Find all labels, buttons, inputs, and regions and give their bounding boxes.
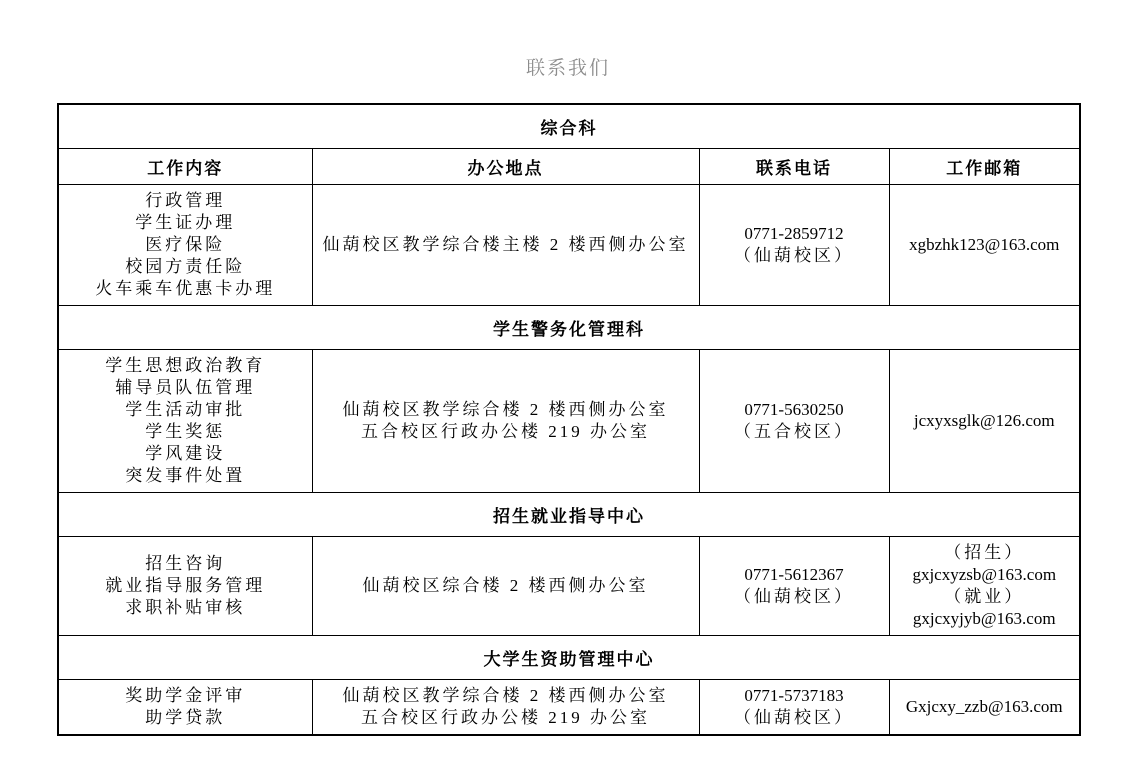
- cell-line: jcxyxsglk@126.com: [896, 410, 1074, 432]
- table-row: 奖助学金评审助学贷款仙葫校区教学综合楼 2 楼西侧办公室五合校区行政办公楼 21…: [58, 679, 1080, 735]
- cell-line: （就业）: [896, 586, 1074, 608]
- cell-line: 辅导员队伍管理: [65, 377, 306, 399]
- section-header: 综合科: [58, 104, 1080, 148]
- cell-line: （五合校区）: [706, 421, 883, 443]
- cell-line: （仙葫校区）: [706, 245, 883, 267]
- cell-line: 学生奖惩: [65, 421, 306, 443]
- cell-line: 仙葫校区教学综合楼 2 楼西侧办公室: [319, 685, 693, 707]
- cell-office-location: 仙葫校区教学综合楼 2 楼西侧办公室五合校区行政办公楼 219 办公室: [312, 679, 699, 735]
- cell-work-content: 学生思想政治教育辅导员队伍管理学生活动审批学生奖惩学风建设突发事件处置: [58, 349, 312, 492]
- cell-line: 学生思想政治教育: [65, 355, 306, 377]
- cell-line: 0771-2859712: [706, 223, 883, 245]
- cell-line: 0771-5737183: [706, 685, 883, 707]
- cell-line: 五合校区行政办公楼 219 办公室: [319, 421, 693, 443]
- cell-office-location: 仙葫校区教学综合楼 2 楼西侧办公室五合校区行政办公楼 219 办公室: [312, 349, 699, 492]
- section-header-row: 招生就业指导中心: [58, 492, 1080, 536]
- cell-line: 仙葫校区教学综合楼 2 楼西侧办公室: [319, 399, 693, 421]
- table-row: 招生咨询就业指导服务管理求职补贴审核仙葫校区综合楼 2 楼西侧办公室0771-5…: [58, 536, 1080, 635]
- cell-line: 招生咨询: [65, 553, 306, 575]
- cell-work-content: 奖助学金评审助学贷款: [58, 679, 312, 735]
- column-header: 联系电话: [699, 148, 889, 184]
- column-header-row: 工作内容办公地点联系电话工作邮箱: [58, 148, 1080, 184]
- cell-line: 学生证办理: [65, 212, 306, 234]
- cell-line: （招生）: [896, 542, 1074, 564]
- cell-line: 就业指导服务管理: [65, 575, 306, 597]
- cell-line: 行政管理: [65, 190, 306, 212]
- cell-phone: 0771-5630250（五合校区）: [699, 349, 889, 492]
- cell-line: 学风建设: [65, 443, 306, 465]
- cell-line: 奖助学金评审: [65, 685, 306, 707]
- cell-work-content: 招生咨询就业指导服务管理求职补贴审核: [58, 536, 312, 635]
- cell-phone: 0771-5612367（仙葫校区）: [699, 536, 889, 635]
- cell-line: Gxjcxy_zzb@163.com: [896, 696, 1074, 718]
- section-header: 学生警务化管理科: [58, 305, 1080, 349]
- cell-phone: 0771-2859712（仙葫校区）: [699, 184, 889, 305]
- cell-line: gxjcxyzsb@163.com: [896, 564, 1074, 586]
- cell-email: Gxjcxy_zzb@163.com: [889, 679, 1080, 735]
- cell-line: 火车乘车优惠卡办理: [65, 278, 306, 300]
- page: 联系我们 综合科工作内容办公地点联系电话工作邮箱行政管理学生证办理医疗保险校园方…: [0, 0, 1123, 779]
- section-header: 大学生资助管理中心: [58, 635, 1080, 679]
- column-header: 工作内容: [58, 148, 312, 184]
- cell-line: 五合校区行政办公楼 219 办公室: [319, 707, 693, 729]
- cell-office-location: 仙葫校区教学综合楼主楼 2 楼西侧办公室: [312, 184, 699, 305]
- section-header-row: 大学生资助管理中心: [58, 635, 1080, 679]
- contact-table-body: 综合科工作内容办公地点联系电话工作邮箱行政管理学生证办理医疗保险校园方责任险火车…: [58, 104, 1080, 735]
- section-header-row: 综合科: [58, 104, 1080, 148]
- cell-line: 仙葫校区教学综合楼主楼 2 楼西侧办公室: [319, 234, 693, 256]
- page-title: 联系我们: [57, 55, 1079, 83]
- cell-office-location: 仙葫校区综合楼 2 楼西侧办公室: [312, 536, 699, 635]
- cell-line: 0771-5612367: [706, 564, 883, 586]
- column-header: 办公地点: [312, 148, 699, 184]
- cell-line: gxjcxyjyb@163.com: [896, 608, 1074, 630]
- column-header: 工作邮箱: [889, 148, 1080, 184]
- cell-line: 学生活动审批: [65, 399, 306, 421]
- contact-table: 综合科工作内容办公地点联系电话工作邮箱行政管理学生证办理医疗保险校园方责任险火车…: [57, 103, 1081, 736]
- table-row: 学生思想政治教育辅导员队伍管理学生活动审批学生奖惩学风建设突发事件处置仙葫校区教…: [58, 349, 1080, 492]
- section-header: 招生就业指导中心: [58, 492, 1080, 536]
- cell-line: xgbzhk123@163.com: [896, 234, 1074, 256]
- cell-line: （仙葫校区）: [706, 586, 883, 608]
- cell-line: 0771-5630250: [706, 399, 883, 421]
- cell-line: 突发事件处置: [65, 465, 306, 487]
- table-row: 行政管理学生证办理医疗保险校园方责任险火车乘车优惠卡办理仙葫校区教学综合楼主楼 …: [58, 184, 1080, 305]
- section-header-row: 学生警务化管理科: [58, 305, 1080, 349]
- cell-line: 医疗保险: [65, 234, 306, 256]
- cell-line: （仙葫校区）: [706, 707, 883, 729]
- cell-email: （招生）gxjcxyzsb@163.com（就业）gxjcxyjyb@163.c…: [889, 536, 1080, 635]
- cell-email: jcxyxsglk@126.com: [889, 349, 1080, 492]
- cell-phone: 0771-5737183（仙葫校区）: [699, 679, 889, 735]
- cell-work-content: 行政管理学生证办理医疗保险校园方责任险火车乘车优惠卡办理: [58, 184, 312, 305]
- cell-email: xgbzhk123@163.com: [889, 184, 1080, 305]
- cell-line: 校园方责任险: [65, 256, 306, 278]
- cell-line: 助学贷款: [65, 707, 306, 729]
- cell-line: 仙葫校区综合楼 2 楼西侧办公室: [319, 575, 693, 597]
- cell-line: 求职补贴审核: [65, 597, 306, 619]
